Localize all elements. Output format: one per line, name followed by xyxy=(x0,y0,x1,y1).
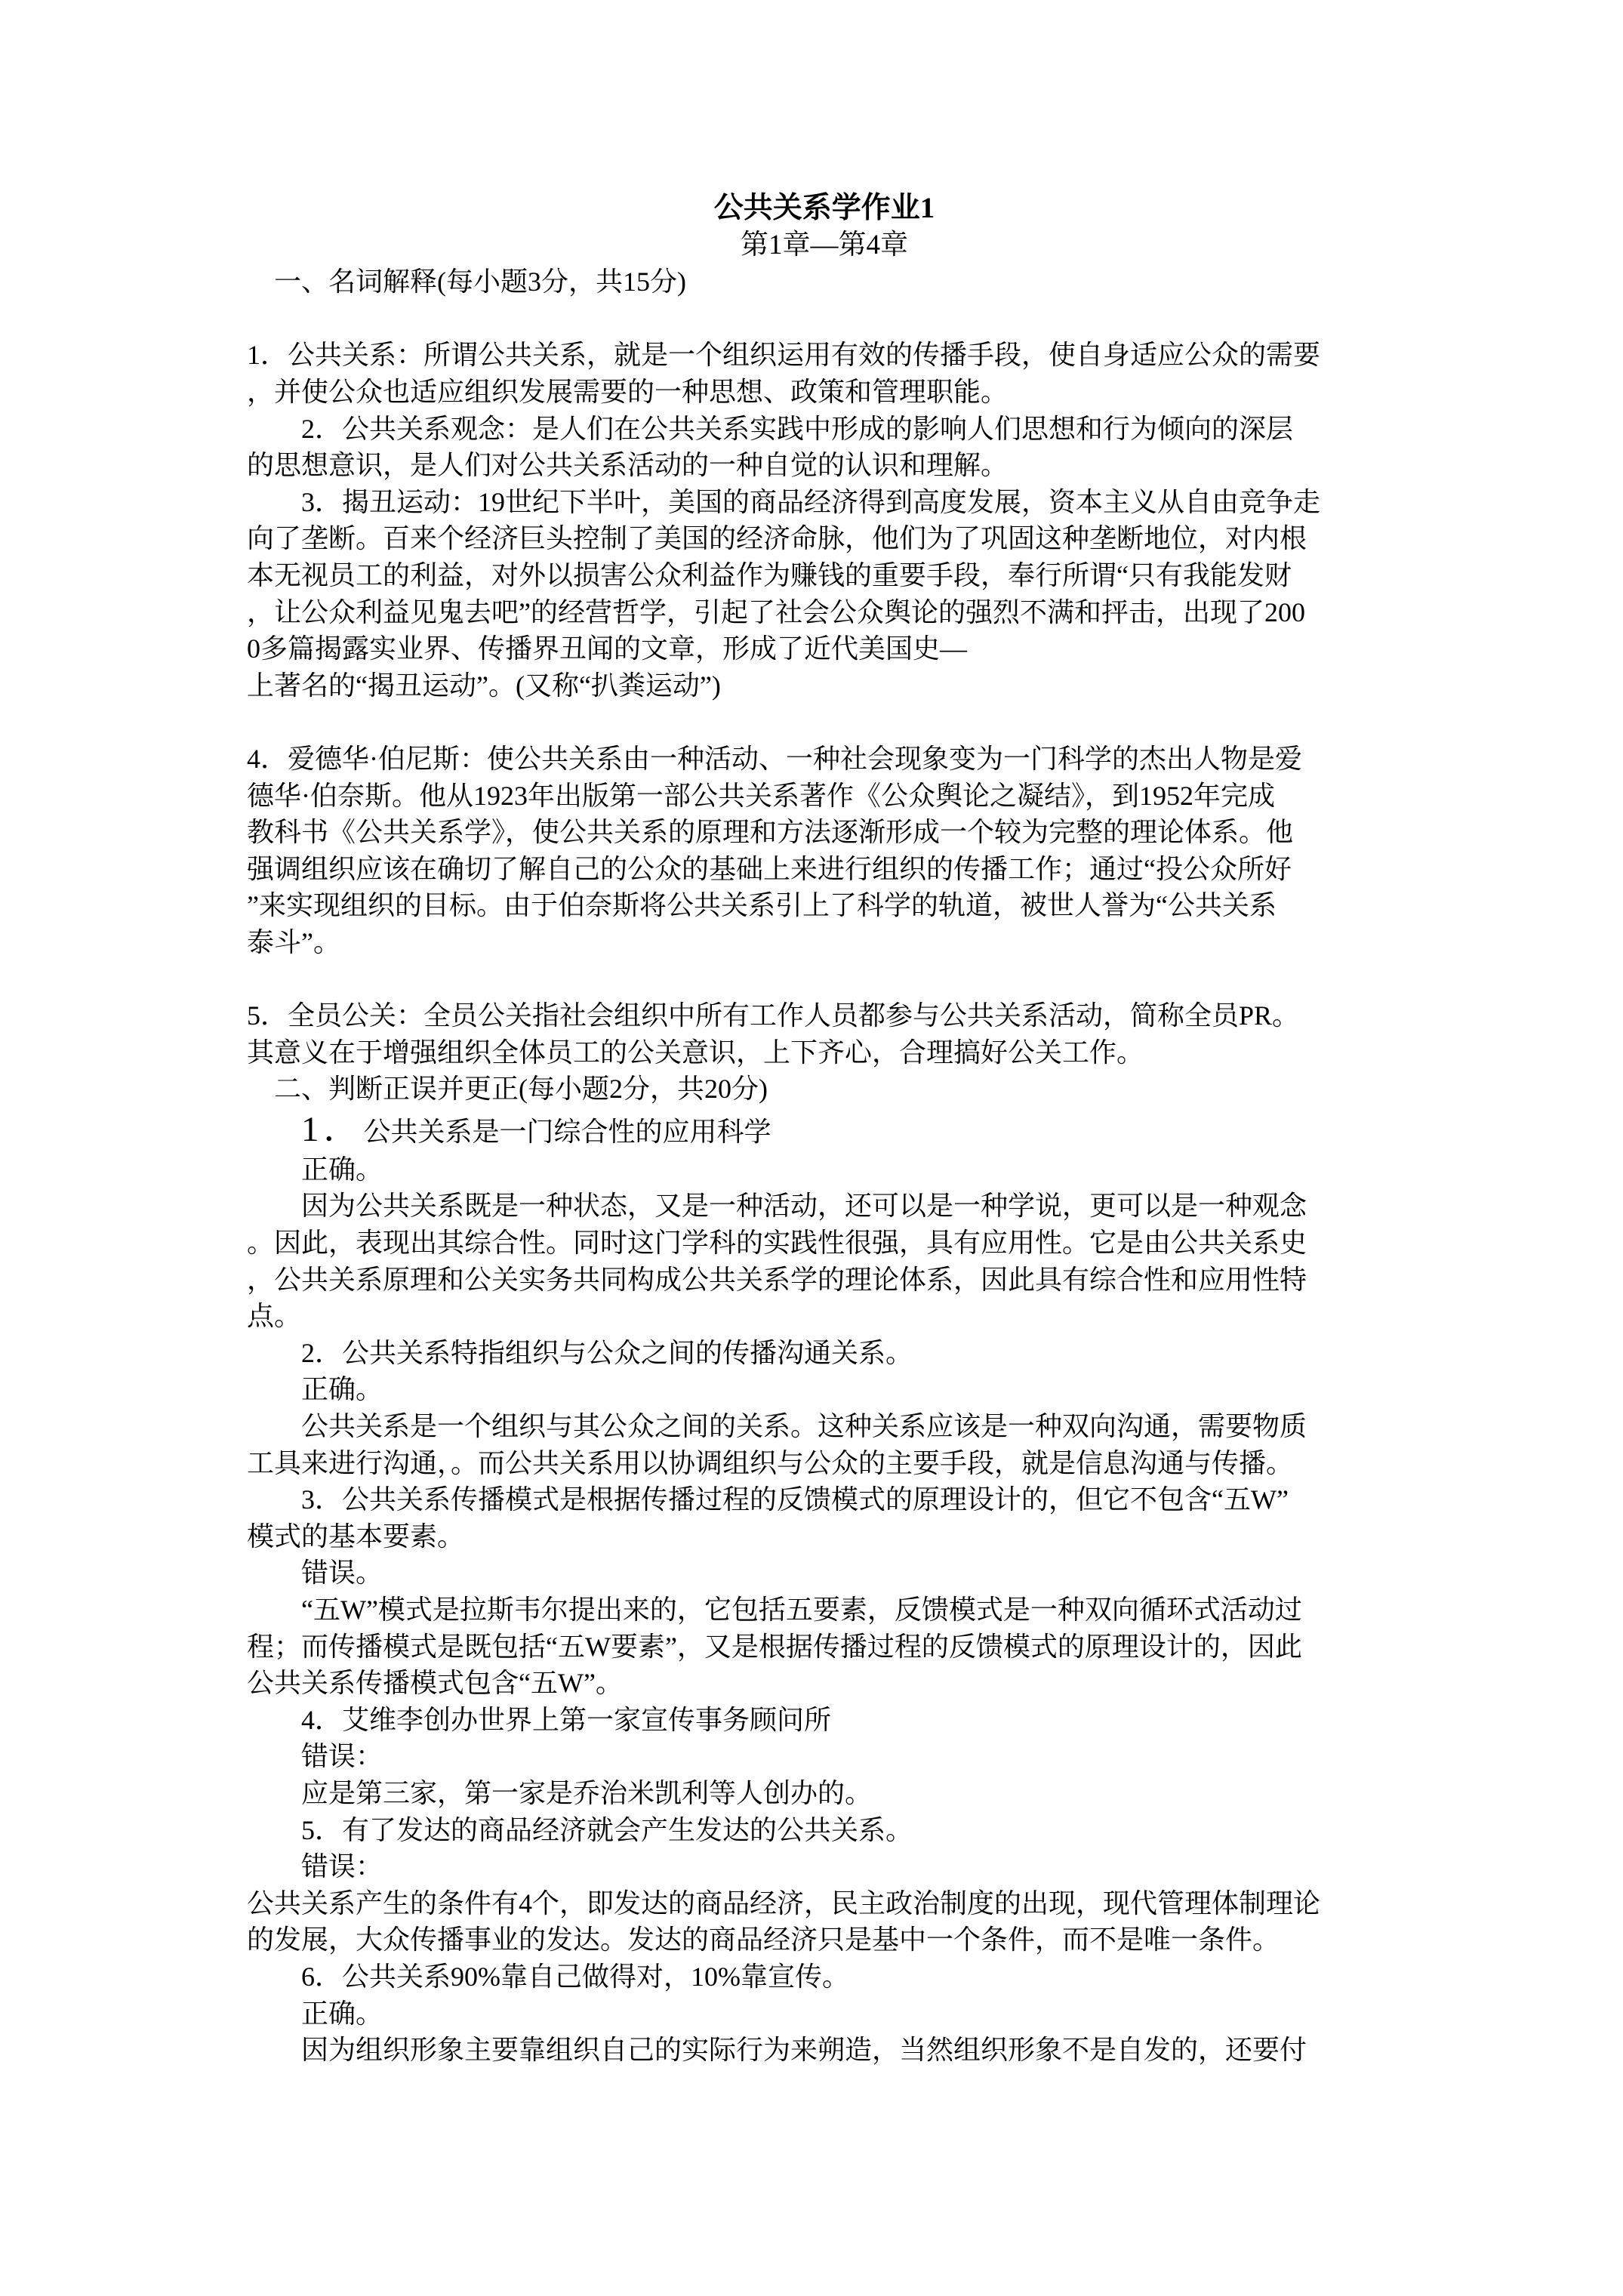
text-line: 模式的基本要素。 xyxy=(247,1518,1402,1555)
text-line: 3．公共关系传播模式是根据传播过程的反馈模式的原理设计的，但它不包含“五W” xyxy=(301,1481,1402,1518)
text-line: “五W”模式是拉斯韦尔提出来的，它包括五要素，反馈模式是一种双向循环式活动过 xyxy=(301,1592,1402,1629)
text-line: ，让公众利益见鬼去吧”的经营哲学，引起了社会公众舆论的强烈不满和抨击，出现了20… xyxy=(247,594,1402,631)
document-body: 公共关系学作业1第1章—第4章一、名词解释(每小题3分，共15分)1．公共关系：… xyxy=(247,190,1402,2069)
blank-line xyxy=(247,300,1402,337)
text-line: 程；而传播模式是既包括“五W要素”，又是根据传播过程的反馈模式的原理设计的，因此 xyxy=(247,1629,1402,1666)
text-line: 上著名的“揭丑运动”。(又称“扒粪运动”) xyxy=(247,667,1402,704)
text-line: 。因此，表现出其综合性。同时这门学科的实践性很强，具有应用性。它是由公共关系史 xyxy=(247,1225,1402,1262)
text-line: 正确。 xyxy=(301,1996,1402,2032)
text-line: 德华·伯奈斯。他从1923年出版第一部公共关系著作《公众舆论之凝结》，到1952… xyxy=(247,778,1402,815)
text-line: 5．有了发达的商品经济就会产生发达的公共关系。 xyxy=(301,1812,1402,1849)
text-line: 错误： xyxy=(301,1848,1402,1885)
blank-line xyxy=(247,960,1402,997)
text-line: 工具来进行沟通，。而公共关系用以协调组织与公众的主要手段，就是信息沟通与传播。 xyxy=(247,1445,1402,1482)
document-title: 公共关系学作业1 xyxy=(247,190,1402,227)
text-line: 本无视员工的利益，对外以损害公众利益作为赚钱的重要手段，奉行所谓“只有我能发财 xyxy=(247,557,1402,594)
blank-line xyxy=(247,704,1402,741)
text-line: 3．揭丑运动：19世纪下半叶，美国的商品经济得到高度发展，资本主义从自由竞争走 xyxy=(301,484,1402,521)
text-line: 因为组织形象主要靠组织自己的实际行为来朔造，当然组织形象不是自发的，还要付 xyxy=(301,2032,1402,2069)
text-line: 公共关系传播模式包含“五W”。 xyxy=(247,1665,1402,1702)
question-number-line: 1．公共关系是一门综合性的应用科学 xyxy=(301,1108,1402,1151)
document-page: 公共关系学作业1第1章—第4章一、名词解释(每小题3分，共15分)1．公共关系：… xyxy=(0,0,1623,2296)
text-line: 错误： xyxy=(301,1738,1402,1775)
text-line: 泰斗”。 xyxy=(247,924,1402,961)
text-line: 的发展，大众传播事业的发达。发达的商品经济只是基中一个条件，而不是唯一条件。 xyxy=(247,1922,1402,1959)
text-line: 错误。 xyxy=(301,1555,1402,1592)
text-line: ，并使公众也适应组织发展需要的一种思想、政策和管理职能。 xyxy=(247,374,1402,411)
document-subtitle: 第1章—第4章 xyxy=(247,227,1402,264)
text-line: 公共关系是一个组织与其公众之间的关系。这种关系应该是一种双向沟通，需要物质 xyxy=(301,1408,1402,1445)
text-line: 点。 xyxy=(247,1298,1402,1335)
text-line: 1．公共关系：所谓公共关系，就是一个组织运用有效的传播手段，使自身适应公众的需要 xyxy=(247,337,1402,374)
text-line: 4．爱德华·伯尼斯：使公共关系由一种活动、一种社会现象变为一门科学的杰出人物是爱 xyxy=(247,741,1402,778)
text-line: 正确。 xyxy=(301,1371,1402,1408)
text-line: 二、判断正误并更正(每小题2分，共20分) xyxy=(274,1071,1402,1108)
text-line: 5．全员公关：全员公关指社会组织中所有工作人员都参与公共关系活动，简称全员PR。 xyxy=(247,997,1402,1034)
text-line: 因为公共关系既是一种状态，又是一种活动，还可以是一种学说，更可以是一种观念 xyxy=(301,1188,1402,1225)
text-line: ，公共关系原理和公关实务共同构成公共关系学的理论体系，因此具有综合性和应用性特 xyxy=(247,1262,1402,1299)
text-line: 强调组织应该在确切了解自己的公众的基础上来进行组织的传播工作；通过“投公众所好 xyxy=(247,851,1402,888)
text-line: 正确。 xyxy=(301,1151,1402,1188)
text-line: ”来实现组织的目标。由于伯奈斯将公共关系引上了科学的轨道，被世人誉为“公共关系 xyxy=(247,887,1402,924)
text-line: 2．公共关系观念：是人们在公共关系实践中形成的影响人们思想和行为倾向的深层 xyxy=(301,411,1402,448)
text-line: 一、名词解释(每小题3分，共15分) xyxy=(274,264,1402,300)
text-line: 公共关系产生的条件有4个，即发达的商品经济，民主政治制度的出现，现代管理体制理论 xyxy=(247,1885,1402,1922)
text-line: 应是第三家，第一家是乔治米凯利等人创办的。 xyxy=(301,1775,1402,1812)
text-line: 教科书《公共关系学》，使公共关系的原理和方法逐渐形成一个较为完整的理论体系。他 xyxy=(247,814,1402,851)
question-number: 1． xyxy=(301,1110,364,1149)
question-text: 公共关系是一门综合性的应用科学 xyxy=(364,1117,771,1147)
text-line: 2．公共关系特指组织与公众之间的传播沟通关系。 xyxy=(301,1335,1402,1372)
text-line: 其意义在于增强组织全体员工的公关意识，上下齐心，合理搞好公关工作。 xyxy=(247,1034,1402,1071)
text-line: 6．公共关系90%靠自己做得对，10%靠宣传。 xyxy=(301,1959,1402,1996)
text-line: 4．艾维李创办世界上第一家宣传事务顾问所 xyxy=(301,1702,1402,1739)
text-line: 向了垄断。百来个经济巨头控制了美国的经济命脉，他们为了巩固这种垄断地位，对内根 xyxy=(247,520,1402,557)
text-line: 的思想意识，是人们对公共关系活动的一种自觉的认识和理解。 xyxy=(247,447,1402,484)
text-line: 0多篇揭露实业界、传播界丑闻的文章，形成了近代美国史— xyxy=(247,630,1402,667)
